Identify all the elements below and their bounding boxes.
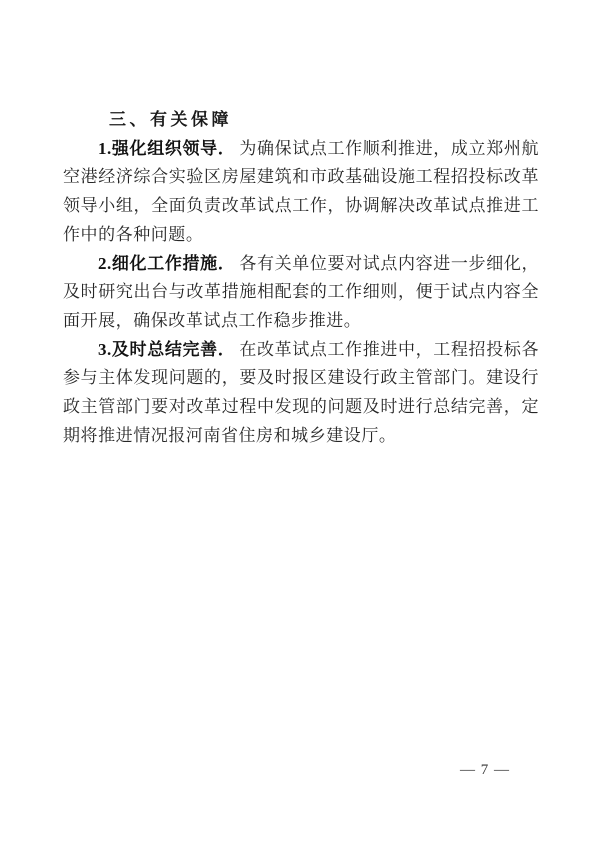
page-number: — 7 — bbox=[460, 762, 510, 779]
paragraph-1: 1.强化组织领导．为确保试点工作顺利推进，成立郑州航空港经济综合实验区房屋建筑和… bbox=[63, 135, 539, 250]
document-body: 三、有关保障 1.强化组织领导．为确保试点工作顺利推进，成立郑州航空港经济综合实… bbox=[63, 106, 539, 450]
paragraph-2: 2.细化工作措施．各有关单位要对试点内容进一步细化，及时研究出台与改革措施相配套… bbox=[63, 250, 539, 336]
paragraph-3-lead: 3.及时总结完善． bbox=[98, 340, 239, 359]
paragraph-1-lead: 1.强化组织领导． bbox=[98, 139, 239, 158]
paragraph-2-lead: 2.细化工作措施． bbox=[98, 254, 239, 273]
section-heading: 三、有关保障 bbox=[109, 106, 539, 135]
paragraph-3: 3.及时总结完善．在改革试点工作推进中，工程招投标各参与主体发现问题的，要及时报… bbox=[63, 336, 539, 451]
document-page: 三、有关保障 1.强化组织领导．为确保试点工作顺利推进，成立郑州航空港经济综合实… bbox=[0, 0, 608, 858]
